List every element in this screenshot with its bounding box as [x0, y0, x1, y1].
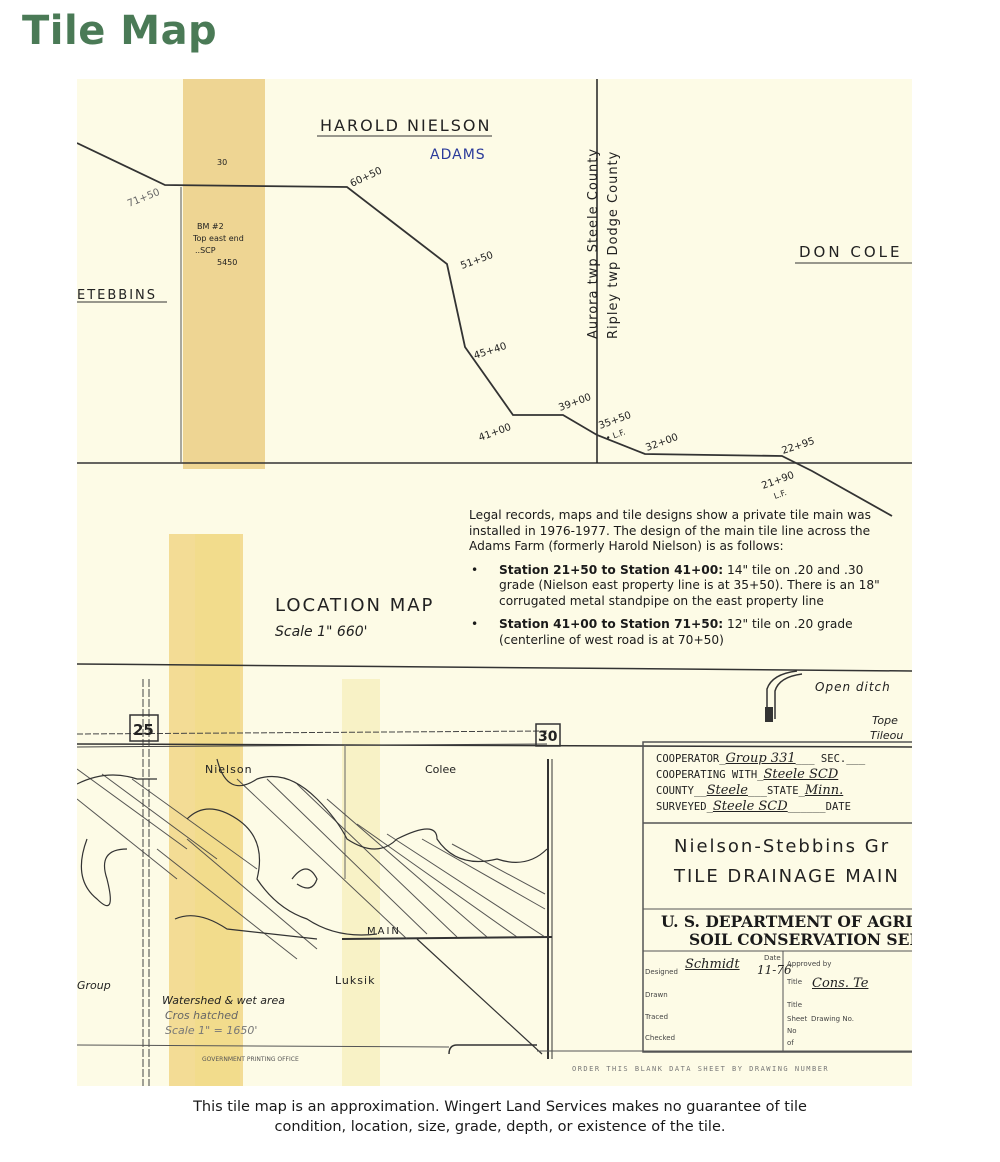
tile-design-notes: Legal records, maps and tile designs sho…: [469, 508, 899, 656]
current-owner-label: ADAMS: [430, 147, 486, 163]
svg-text:MAIN: MAIN: [367, 926, 401, 937]
section-25: 25: [133, 721, 154, 739]
county-label-bottom: Ripley twp Dodge County: [606, 151, 621, 339]
project-subtitle: TILE DRAINAGE MAIN: [674, 866, 900, 887]
page-title: Tile Map: [22, 8, 217, 54]
title-label-2: Title: [787, 1001, 802, 1009]
disclaimer-caption: This tile map is an approximation. Winge…: [0, 1097, 1000, 1137]
print-note: GOVERNMENT PRINTING OFFICE: [202, 1056, 299, 1063]
svg-text:21+90: 21+90: [760, 470, 796, 492]
tape-strip: [183, 79, 265, 469]
svg-text:Tileou: Tileou: [870, 729, 903, 742]
notes-item: Station 41+00 to Station 71+50: 12" tile…: [469, 617, 899, 648]
of-label: of: [787, 1039, 794, 1047]
caption-line-1: This tile map is an approximation. Winge…: [0, 1097, 1000, 1117]
designed-value: Schmidt: [685, 957, 740, 972]
approved-by-label: Approved by: [787, 960, 831, 968]
notes-intro: Legal records, maps and tile designs sho…: [469, 508, 899, 555]
east-neighbor-label: DON COLE: [799, 243, 902, 261]
svg-text:..SCP: ..SCP: [195, 246, 216, 255]
svg-text:60+50: 60+50: [349, 165, 384, 189]
svg-text:22+95: 22+95: [781, 436, 817, 457]
svg-text:Colee: Colee: [425, 763, 456, 776]
drawing-no-label: Drawing No.: [811, 1015, 854, 1023]
west-neighbor-label: ETEBBINS: [77, 288, 157, 303]
cooperating-with-field: COOPERATING WITH_Steele SCD: [656, 767, 838, 782]
svg-text:5450: 5450: [217, 258, 237, 267]
notes-list: Station 21+50 to Station 41+00: 14" tile…: [469, 563, 899, 649]
svg-text:Tope: Tope: [872, 714, 898, 727]
county-field: COUNTY__Steele___STATE_Minn.: [656, 783, 843, 798]
svg-text:Luksik: Luksik: [335, 974, 375, 987]
section-30: 30: [538, 729, 558, 745]
cooperator-field: COOPERATOR_Group 331___ SEC.___: [656, 751, 865, 766]
location-map-title: LOCATION MAP: [275, 595, 434, 616]
svg-text:35+50: 35+50: [597, 410, 633, 432]
project-name: Nielson-Stebbins Gr: [674, 836, 890, 857]
svg-text:Scale 1" = 1650': Scale 1" = 1650': [165, 1024, 257, 1037]
svg-text:BM #2: BM #2: [197, 222, 224, 231]
svg-text:Watershed & wet area: Watershed & wet area: [162, 994, 285, 1007]
title-label: Title: [787, 978, 802, 986]
svg-text:39+00: 39+00: [557, 392, 593, 414]
no-label: No: [787, 1027, 797, 1035]
agency-line-2: SOIL CONSERVATION SERV: [689, 931, 912, 949]
svg-text:32+00: 32+00: [644, 432, 680, 454]
svg-text:51+50: 51+50: [459, 250, 495, 272]
order-note: ORDER THIS BLANK DATA SHEET BY DRAWING N…: [572, 1065, 829, 1073]
title-value: Cons. Te: [812, 976, 868, 991]
svg-text:45+40: 45+40: [473, 341, 509, 362]
svg-text:Open ditch: Open ditch: [815, 680, 891, 694]
drawn-label: Drawn: [645, 991, 668, 999]
svg-text:Group: Group: [77, 979, 111, 992]
svg-text:Cros hatched: Cros hatched: [165, 1009, 239, 1022]
designed-label: Designed: [645, 968, 678, 976]
checked-label: Checked: [645, 1034, 675, 1042]
svg-text:30: 30: [217, 158, 227, 167]
notes-item: Station 21+50 to Station 41+00: 14" tile…: [469, 563, 899, 610]
svg-text:L.F.: L.F.: [773, 488, 788, 501]
surveyed-field: SURVEYED_Steele SCD______DATE: [656, 799, 851, 814]
svg-text:Nielson: Nielson: [205, 763, 253, 776]
owner-label: HAROLD NIELSON: [320, 116, 491, 135]
tile-map-scan: 71+50 60+50 51+50 45+40 41+00 39+00 35+5…: [77, 79, 912, 1086]
sheet-label: Sheet: [787, 1015, 807, 1023]
svg-text:Top east end: Top east end: [192, 234, 244, 243]
date-column-label: Date: [764, 954, 781, 962]
svg-text:41+00: 41+00: [477, 422, 513, 444]
svg-text:71+50: 71+50: [126, 187, 161, 210]
agency-line-1: U. S. DEPARTMENT OF AGRICU: [661, 913, 912, 931]
county-label-top: Aurora twp Steele County: [586, 148, 601, 339]
traced-label: Traced: [645, 1013, 668, 1021]
location-map-scale: Scale 1" 660': [275, 624, 367, 640]
caption-line-2: condition, location, size, grade, depth,…: [0, 1117, 1000, 1137]
svg-text:• L.F.: • L.F.: [605, 428, 627, 443]
